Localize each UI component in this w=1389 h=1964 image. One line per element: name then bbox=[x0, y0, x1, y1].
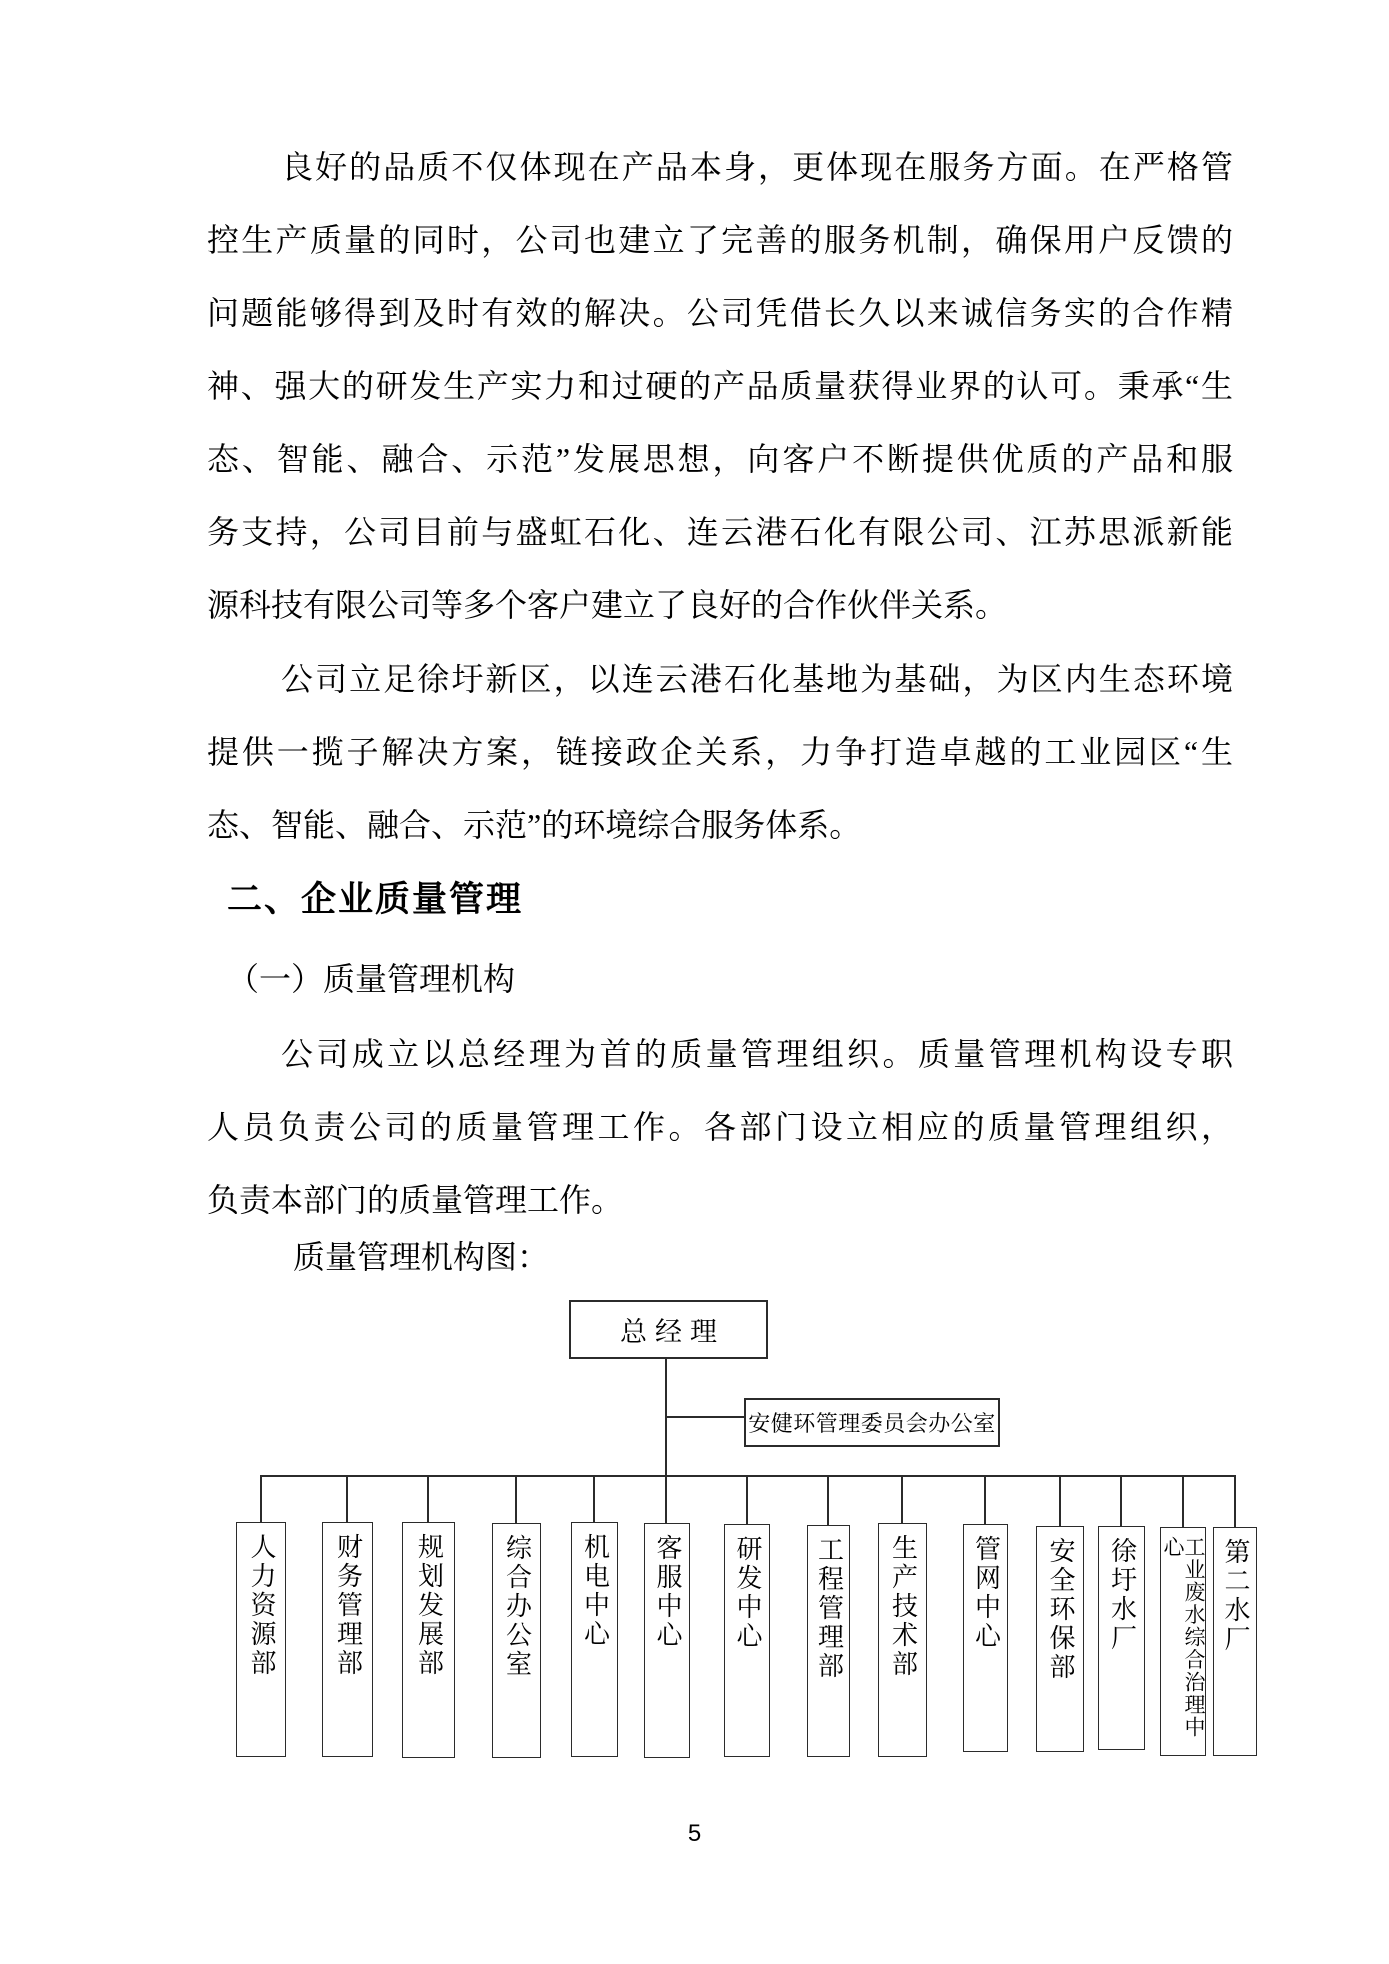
section-heading: 二、企业质量管理 bbox=[227, 863, 523, 936]
orgchart-drop-line bbox=[665, 1475, 667, 1525]
orgchart-drop-line bbox=[1120, 1475, 1122, 1528]
orgchart-dept-label: 工业废水综合治理中心 bbox=[1162, 1536, 1204, 1755]
orgchart-drop-line bbox=[260, 1475, 262, 1524]
orgchart-dept-box: 工业废水综合治理中心 bbox=[1160, 1527, 1206, 1756]
orgchart-office-box: 安健环管理委员会办公室 bbox=[744, 1398, 1000, 1447]
text-line: 人员负责公司的质量管理工作。各部门设立相应的质量管理组织， bbox=[207, 1091, 1233, 1164]
text-line: 控生产质量的同时，公司也建立了完善的服务机制，确保用户反馈的 bbox=[207, 204, 1233, 277]
orgchart-dept-label: 第二水厂 bbox=[1222, 1538, 1248, 1654]
orgchart-dept-label: 管网中心 bbox=[973, 1535, 999, 1651]
orgchart-dept-box: 研发中心 bbox=[724, 1524, 770, 1757]
text-line: 问题能够得到及时有效的解决。公司凭借长久以来诚信务实的合作精 bbox=[207, 277, 1233, 350]
text-line: 良好的品质不仅体现在产品本身，更体现在服务方面。在严格管 bbox=[207, 131, 1233, 204]
orgchart-dept-label: 研发中心 bbox=[734, 1535, 760, 1651]
orgchart-dept-label: 机电中心 bbox=[582, 1533, 608, 1649]
text-line: 务支持，公司目前与盛虹石化、连云港石化有限公司、江苏思派新能 bbox=[207, 496, 1233, 569]
orgchart-root-box: 总经理 bbox=[569, 1300, 768, 1359]
orgchart-dept-box: 人力资源部 bbox=[236, 1522, 286, 1757]
orgchart-dept-box: 规划发展部 bbox=[402, 1522, 455, 1758]
orgchart-dept-box: 徐圩水厂 bbox=[1098, 1526, 1145, 1750]
orgchart-office-label: 安健环管理委员会办公室 bbox=[748, 1407, 996, 1438]
text-line: 态、智能、融合、示范”发展思想，向客户不断提供优质的产品和服 bbox=[207, 423, 1233, 496]
paragraph-3: 公司成立以总经理为首的质量管理组织。质量管理机构设专职 人员负责公司的质量管理工… bbox=[207, 1018, 1233, 1237]
paragraph-2: 公司立足徐圩新区，以连云港石化基地为基础，为区内生态环境 提供一揽子解决方案，链… bbox=[207, 643, 1233, 862]
document-page: 良好的品质不仅体现在产品本身，更体现在服务方面。在严格管 控生产质量的同时，公司… bbox=[0, 0, 1389, 1964]
orgchart-dept-label: 安全环保部 bbox=[1047, 1537, 1073, 1682]
sub-heading: （一）质量管理机构 bbox=[227, 943, 515, 1016]
orgchart-dept-box: 机电中心 bbox=[571, 1522, 618, 1757]
orgchart-dept-label: 工程管理部 bbox=[816, 1536, 842, 1681]
orgchart-drop-line bbox=[1059, 1475, 1061, 1528]
orgchart-dept-box: 综合办公室 bbox=[492, 1523, 541, 1758]
orgchart-dept-box: 管网中心 bbox=[963, 1524, 1008, 1752]
chart-caption: 质量管理机构图： bbox=[207, 1221, 1233, 1294]
orgchart-drop-line bbox=[515, 1475, 517, 1525]
orgchart-drop-line bbox=[984, 1475, 986, 1526]
orgchart-horizontal-line bbox=[260, 1475, 1236, 1477]
orgchart-drop-line bbox=[827, 1475, 829, 1527]
orgchart-dept-label: 客服中心 bbox=[654, 1534, 680, 1650]
orgchart-dept-box: 财务管理部 bbox=[322, 1522, 373, 1757]
orgchart-dept-box: 工程管理部 bbox=[807, 1525, 850, 1757]
text-line: 源科技有限公司等多个客户建立了良好的合作伙伴关系。 bbox=[207, 569, 1233, 642]
orgchart-dept-box: 第二水厂 bbox=[1213, 1527, 1257, 1756]
orgchart-drop-line bbox=[593, 1475, 595, 1524]
orgchart-dept-label: 生产技术部 bbox=[890, 1534, 916, 1679]
orgchart-drop-line bbox=[346, 1475, 348, 1524]
orgchart-drop-line bbox=[901, 1475, 903, 1525]
orgchart-dept-label: 综合办公室 bbox=[504, 1534, 530, 1679]
orgchart-dept-box: 生产技术部 bbox=[878, 1523, 927, 1757]
orgchart-dept-label: 财务管理部 bbox=[335, 1533, 361, 1678]
orgchart-dept-box: 客服中心 bbox=[644, 1523, 690, 1758]
paragraph-1: 良好的品质不仅体现在产品本身，更体现在服务方面。在严格管 控生产质量的同时，公司… bbox=[207, 131, 1233, 642]
chart-caption-block: 质量管理机构图： bbox=[207, 1221, 1233, 1294]
text-line: 公司立足徐圩新区，以连云港石化基地为基础，为区内生态环境 bbox=[207, 643, 1233, 716]
orgchart-drop-line bbox=[1182, 1475, 1184, 1529]
orgchart-root-label: 总经理 bbox=[612, 1310, 725, 1349]
orgchart-drop-line bbox=[746, 1475, 748, 1526]
page-number: 5 bbox=[0, 1820, 1389, 1848]
orgchart-drop-line bbox=[1234, 1475, 1236, 1529]
orgchart-dept-label: 人力资源部 bbox=[248, 1533, 274, 1678]
text-line: 态、智能、融合、示范”的环境综合服务体系。 bbox=[207, 789, 1233, 862]
orgchart-dept-box: 安全环保部 bbox=[1036, 1526, 1084, 1752]
orgchart-dept-label: 规划发展部 bbox=[416, 1533, 442, 1678]
orgchart-office-connector-line bbox=[665, 1416, 744, 1418]
text-line: 公司成立以总经理为首的质量管理组织。质量管理机构设专职 bbox=[207, 1018, 1233, 1091]
text-line: 神、强大的研发生产实力和过硬的产品质量获得业界的认可。秉承“生 bbox=[207, 350, 1233, 423]
text-line: 提供一揽子解决方案，链接政企关系，力争打造卓越的工业园区“生 bbox=[207, 716, 1233, 789]
orgchart-drop-line bbox=[427, 1475, 429, 1524]
orgchart-dept-label: 徐圩水厂 bbox=[1109, 1537, 1135, 1653]
